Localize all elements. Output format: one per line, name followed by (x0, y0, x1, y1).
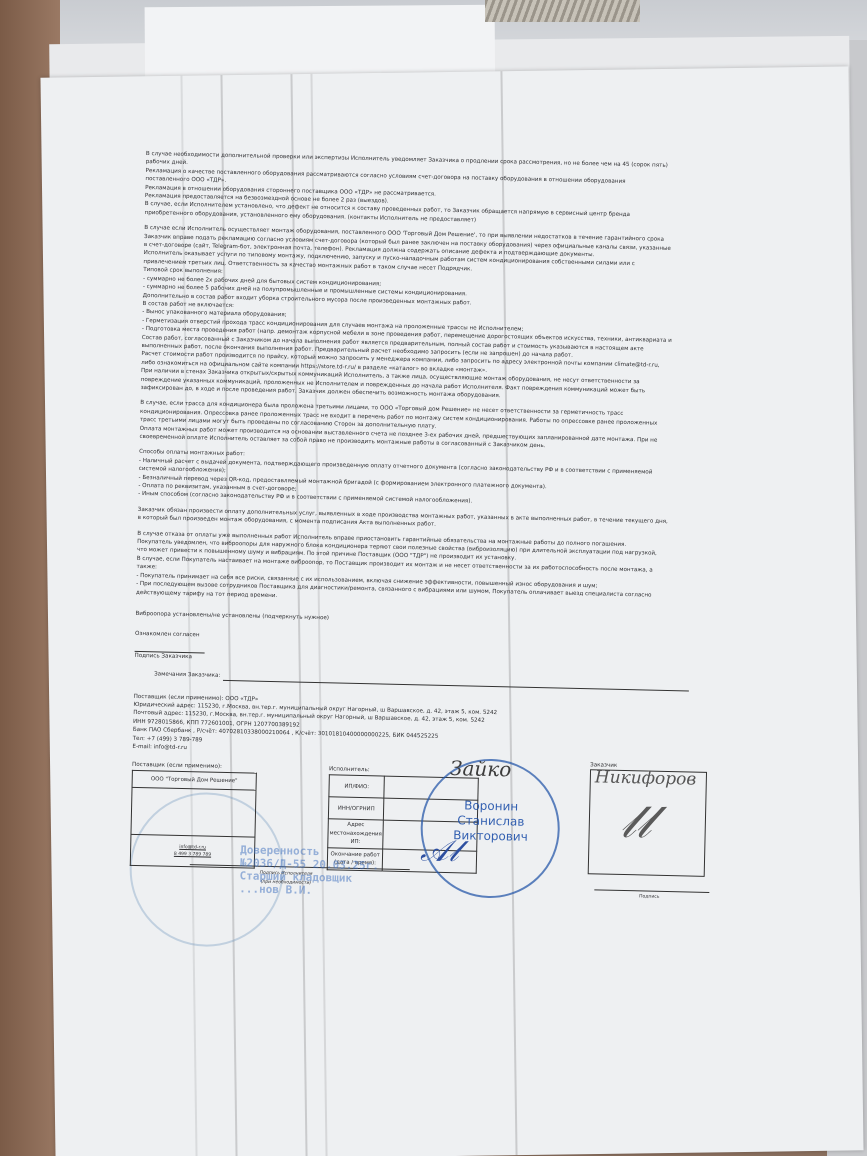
document-body: В случае необходимости дополнительной пр… (136, 150, 701, 609)
proxy-stamp: Доверенность№2036/Д-55 20.03.25г.Старший… (239, 844, 379, 899)
binder-clip (485, 0, 640, 22)
paragraph: В случае, если трасса для кондиционера б… (139, 399, 695, 454)
executor-field-label: Адрес местонахождения ИП: (328, 819, 384, 848)
supplier-table: ООО "Торговый Дом Решение" info@td-r.ru … (130, 770, 257, 869)
supplier-details: Поставщик (если применимо): ООО «ТДР»Юри… (132, 692, 688, 763)
executor-block-label: Исполнитель: (329, 766, 370, 775)
customer-signature-label: Подпись (639, 894, 659, 903)
customer-signature: 𝓁𝓁 (621, 817, 652, 826)
customer-remarks: Замечания Заказчика: (154, 670, 689, 691)
supplier-phone: 8 499 3 789 789 (132, 850, 253, 860)
paragraph: В случае необходимости дополнительной пр… (144, 150, 700, 230)
executor-blue-signature: 𝒜𝓁 (420, 848, 459, 857)
supplier-empty-cell (131, 788, 256, 838)
customer-signature-label: Подпись Заказчика (134, 652, 689, 673)
paragraph: Способы оплаты монтажных работ:- Наличны… (138, 448, 694, 511)
supplier-contacts: info@td-r.ru 8 499 3 789 789 (130, 835, 255, 869)
customer-remarks-label: Замечания Заказчика: (154, 670, 220, 680)
paragraph: В случае отказа от оплаты уже выполненны… (136, 530, 692, 610)
executor-field-label: ИП/ФИО: (329, 775, 385, 798)
document-content: В случае необходимости дополнительной пр… (129, 150, 701, 924)
customer-handwritten-name: Никифоров (595, 774, 697, 785)
paragraph: В случае если Исполнитель осуществляет м… (141, 224, 700, 405)
executor-field-label: ИНН/ОГРНИП (328, 797, 384, 820)
executor-handwritten-signature: Зайко (450, 764, 511, 774)
customer-remarks-field (223, 673, 689, 691)
signature-section: Поставщик (если применимо): ООО "Торговы… (129, 761, 687, 924)
